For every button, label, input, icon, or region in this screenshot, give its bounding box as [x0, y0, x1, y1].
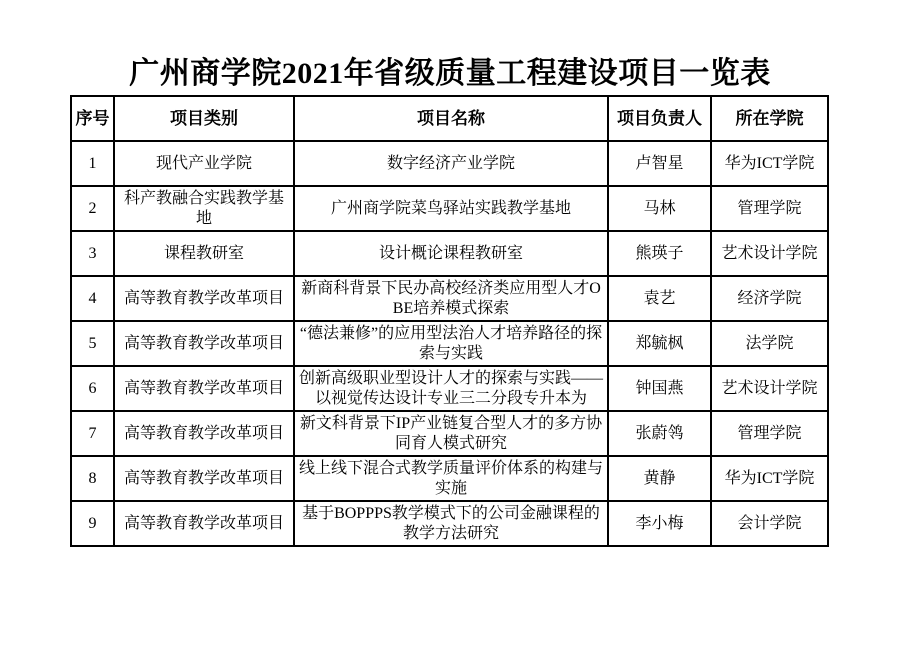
table-row: 6 高等教育教学改革项目 创新高级职业型设计人才的探索与实践——以视觉传达设计专… [71, 366, 828, 411]
cell-college: 会计学院 [711, 501, 828, 546]
cell-category: 现代产业学院 [114, 141, 294, 186]
cell-no: 6 [71, 366, 114, 411]
cell-leader: 袁艺 [608, 276, 711, 321]
cell-college: 华为ICT学院 [711, 141, 828, 186]
column-header-no: 序号 [71, 96, 114, 141]
cell-category: 高等教育教学改革项目 [114, 501, 294, 546]
cell-name: 创新高级职业型设计人才的探索与实践——以视觉传达设计专业三二分段专升本为 [294, 366, 608, 411]
cell-leader: 李小梅 [608, 501, 711, 546]
table-row: 9 高等教育教学改革项目 基于BOPPPS教学模式下的公司金融课程的教学方法研究… [71, 501, 828, 546]
cell-name: 线上线下混合式教学质量评价体系的构建与实施 [294, 456, 608, 501]
cell-name: 广州商学院菜鸟驿站实践教学基地 [294, 186, 608, 231]
column-header-category: 项目类别 [114, 96, 294, 141]
table-row: 5 高等教育教学改革项目 “德法兼修”的应用型法治人才培养路径的探索与实践 郑毓… [71, 321, 828, 366]
cell-category: 高等教育教学改革项目 [114, 276, 294, 321]
cell-leader: 钟国燕 [608, 366, 711, 411]
cell-no: 8 [71, 456, 114, 501]
cell-no: 4 [71, 276, 114, 321]
document-page: 广州商学院2021年省级质量工程建设项目一览表 序号 项目类别 项目名称 项目负… [0, 0, 900, 651]
cell-college: 经济学院 [711, 276, 828, 321]
cell-name: 设计概论课程教研室 [294, 231, 608, 276]
cell-leader: 马林 [608, 186, 711, 231]
cell-name: 数字经济产业学院 [294, 141, 608, 186]
cell-no: 3 [71, 231, 114, 276]
cell-leader: 郑毓枫 [608, 321, 711, 366]
cell-no: 5 [71, 321, 114, 366]
cell-college: 华为ICT学院 [711, 456, 828, 501]
cell-college: 艺术设计学院 [711, 231, 828, 276]
cell-college: 管理学院 [711, 186, 828, 231]
cell-category: 高等教育教学改革项目 [114, 456, 294, 501]
table-row: 3 课程教研室 设计概论课程教研室 熊瑛子 艺术设计学院 [71, 231, 828, 276]
cell-category: 高等教育教学改革项目 [114, 411, 294, 456]
column-header-leader: 项目负责人 [608, 96, 711, 141]
cell-no: 2 [71, 186, 114, 231]
header-row: 序号 项目类别 项目名称 项目负责人 所在学院 [71, 96, 828, 141]
column-header-name: 项目名称 [294, 96, 608, 141]
column-header-college: 所在学院 [711, 96, 828, 141]
cell-name: 新文科背景下IP产业链复合型人才的多方协同育人模式研究 [294, 411, 608, 456]
cell-no: 1 [71, 141, 114, 186]
cell-category: 高等教育教学改革项目 [114, 321, 294, 366]
cell-college: 艺术设计学院 [711, 366, 828, 411]
cell-college: 法学院 [711, 321, 828, 366]
table-row: 4 高等教育教学改革项目 新商科背景下民办高校经济类应用型人才OBE培养模式探索… [71, 276, 828, 321]
cell-name: 基于BOPPPS教学模式下的公司金融课程的教学方法研究 [294, 501, 608, 546]
cell-leader: 黄静 [608, 456, 711, 501]
table-row: 8 高等教育教学改革项目 线上线下混合式教学质量评价体系的构建与实施 黄静 华为… [71, 456, 828, 501]
cell-name: “德法兼修”的应用型法治人才培养路径的探索与实践 [294, 321, 608, 366]
table-row: 1 现代产业学院 数字经济产业学院 卢智星 华为ICT学院 [71, 141, 828, 186]
cell-leader: 熊瑛子 [608, 231, 711, 276]
cell-category: 科产教融合实践教学基地 [114, 186, 294, 231]
table-row: 2 科产教融合实践教学基地 广州商学院菜鸟驿站实践教学基地 马林 管理学院 [71, 186, 828, 231]
cell-no: 7 [71, 411, 114, 456]
cell-leader: 卢智星 [608, 141, 711, 186]
cell-leader: 张蔚鸰 [608, 411, 711, 456]
cell-name: 新商科背景下民办高校经济类应用型人才OBE培养模式探索 [294, 276, 608, 321]
page-title: 广州商学院2021年省级质量工程建设项目一览表 [0, 48, 900, 92]
cell-college: 管理学院 [711, 411, 828, 456]
cell-category: 课程教研室 [114, 231, 294, 276]
projects-table: 序号 项目类别 项目名称 项目负责人 所在学院 1 现代产业学院 数字经济产业学… [70, 95, 829, 547]
cell-no: 9 [71, 501, 114, 546]
table-row: 7 高等教育教学改革项目 新文科背景下IP产业链复合型人才的多方协同育人模式研究… [71, 411, 828, 456]
cell-category: 高等教育教学改革项目 [114, 366, 294, 411]
